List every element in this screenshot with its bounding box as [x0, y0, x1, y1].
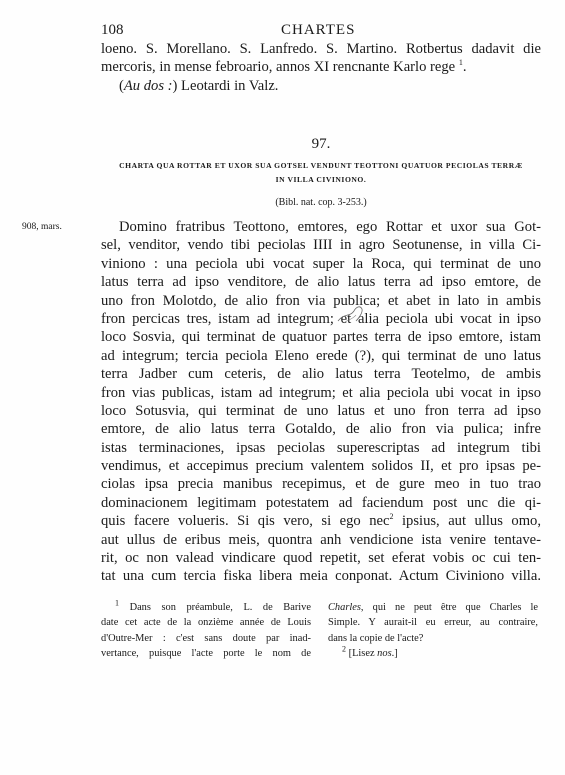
text-line: sel, venditor, vendo tibi peciolas IIII … [101, 236, 541, 254]
text-fragment: ipsius, aut ullus omo, [393, 513, 541, 529]
text-line: loco Sotusvia, qui terminat de uno latus… [101, 402, 541, 420]
previous-charter-end: loeno. S. Morellano. S. Lanfredo. S. Mar… [101, 40, 541, 95]
charter-source: (Bibl. nat. cop. 3-253.) [101, 197, 541, 208]
text-line: emtore, de alio latus terra Gotaldo, de … [101, 420, 541, 438]
footnote-line: date cet acte de la onzième année de Lou… [101, 615, 311, 630]
text-line: Domino fratribus Teottono, emtores, ego … [101, 218, 541, 236]
endorsement-line: (Au dos :) Leotardi in Valz. [101, 77, 541, 95]
endorsement-label: Au dos : [124, 78, 173, 94]
text-line: ciolas ipsa precia manibus recepimus, et… [101, 475, 541, 493]
text-fragment: .] [392, 648, 398, 659]
footnote-line: Charles, qui ne peut être que Charles le [328, 600, 538, 615]
text-line: uno fron Molotdo, de alio fron via publi… [101, 292, 541, 310]
text-line: rit, oc non valead vindicare quod repeti… [101, 549, 541, 567]
charter-number: 97. [101, 136, 541, 153]
text-fragment: mercoris, in mense febroario, annos XI r… [101, 59, 455, 75]
footnote-line: dans la copie de l'acte? [328, 631, 538, 646]
charter-title: CHARTA QUA ROTTAR ET UXOR SUA GOTSEL VEN… [101, 159, 541, 187]
text-line: viniono : una peciola ubi vocat super la… [101, 255, 541, 273]
footnote-column-right: Charles, qui ne peut être que Charles le… [328, 600, 538, 662]
footnote-column-left: 1 Dans son préambule, L. de Barive date … [101, 600, 311, 662]
footnote-line: Simple. Y aurait-il eu erreur, au contra… [328, 615, 538, 630]
endorsement-text: Leotardi in Valz. [181, 78, 278, 94]
footnote-marker: 1 [115, 599, 119, 608]
text-fragment: Dans son préambule, L. de Barive [130, 602, 311, 613]
footnote-line: d'Outre-Mer : c'est sans doute par inad- [101, 631, 311, 646]
italic-word: Charles [328, 602, 361, 613]
text-line: terra Jadber cum ceteris, de alio latus … [101, 365, 541, 383]
book-page: 108 CHARTES loeno. S. Morellano. S. Lanf… [0, 0, 565, 775]
text-fragment: quis facere volueris. Si qis vero, si eg… [101, 513, 389, 529]
text-line: latus terra ad ipso venditore, de alio l… [101, 273, 541, 291]
text-line: vendimus, et accepimus precium valentem … [101, 457, 541, 475]
footnote-line: vertance, puisque l'acte porte le nom de [101, 646, 311, 661]
page-number: 108 [101, 22, 124, 39]
text-line: ad integrum; tercia peciola Eleno erede … [101, 347, 541, 365]
text-line: mercoris, in mense febroario, annos XI r… [101, 58, 541, 76]
footnote-marker: 2 [342, 645, 346, 654]
text-line: dominacionem legitimam potestatem ad fac… [101, 494, 541, 512]
charter-text: Domino fratribus Teottono, emtores, ego … [101, 218, 541, 586]
italic-word: nos [377, 648, 391, 659]
text-line: tat una cum tercia fiska libera meia con… [101, 567, 541, 585]
charter-title-line: CHARTA QUA ROTTAR ET UXOR SUA GOTSEL VEN… [101, 159, 541, 173]
text-line: aut ullus de eribus meis, quontra anh ve… [101, 531, 541, 549]
running-head: 108 CHARTES [101, 22, 541, 42]
text-line: loeno. S. Morellano. S. Lanfredo. S. Mar… [101, 40, 541, 58]
text-line: fron vias publicas, istam ad integrum; e… [101, 384, 541, 402]
text-fragment: , qui ne peut être que Charles le [361, 602, 538, 613]
text-line: istas terminaciones, ipsas peciolas supe… [101, 439, 541, 457]
charter-title-line: IN VILLA CIVINIONO. [101, 173, 541, 187]
handwritten-annotation-mark [336, 303, 366, 325]
running-title: CHARTES [281, 22, 355, 39]
text-line: quis facere volueris. Si qis vero, si eg… [101, 512, 541, 530]
text-line: fron percicas tres, istam ad integrum; e… [101, 310, 541, 328]
footnote-line: 2 [Lisez nos.] [328, 646, 538, 661]
margin-date: 908, mars. [22, 222, 62, 232]
footnote-ref: 1 [459, 59, 463, 68]
text-fragment: [Lisez [349, 648, 378, 659]
footnote-line: 1 Dans son préambule, L. de Barive [101, 600, 311, 615]
text-line: loco Sosvia, qui terminat de quatuor par… [101, 328, 541, 346]
